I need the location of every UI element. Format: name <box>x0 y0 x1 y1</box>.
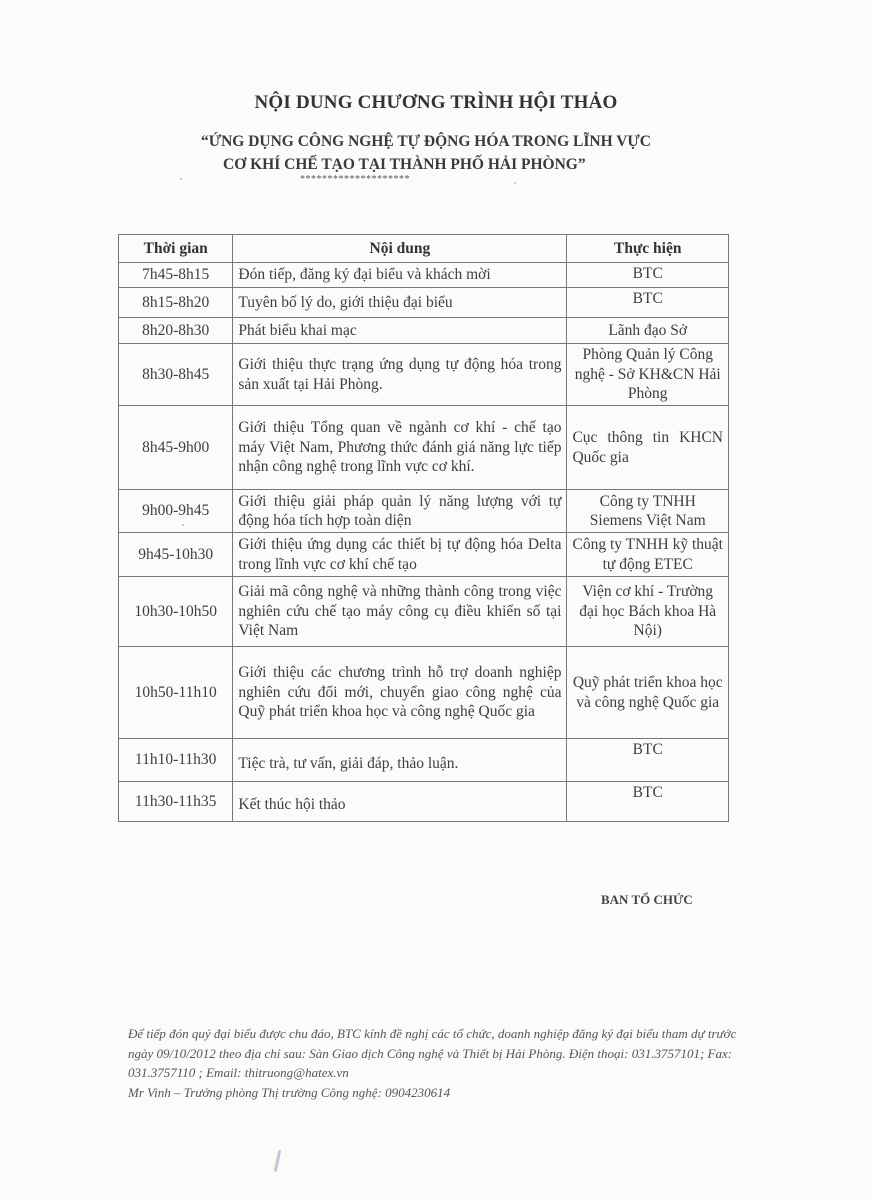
cell-exec: BTC <box>567 739 729 782</box>
separator-stars: ******************** <box>300 174 410 185</box>
header-time: Thời gian <box>119 235 233 263</box>
document-title: NỘI DUNG CHƯƠNG TRÌNH HỘI THẢO <box>0 92 872 114</box>
cell-content: Giới thiệu các chương trình hỗ trợ doanh… <box>233 647 567 739</box>
cell-content: Tuyên bố lý do, giới thiệu đại biểu <box>233 288 567 318</box>
table-row: 10h30-10h50Giải mã công nghệ và những th… <box>119 577 729 647</box>
cell-time: 8h45-9h00 <box>119 406 233 490</box>
note-contact: Mr Vinh – Trưởng phòng Thị trường Công n… <box>128 1085 450 1100</box>
pen-mark <box>274 1150 282 1172</box>
cell-time: 8h30-8h45 <box>119 344 233 406</box>
cell-time: 11h10-11h30 <box>119 739 233 782</box>
subtitle-line-1: “ỨNG DỤNG CÔNG NGHỆ TỰ ĐỘNG HÓA TRONG LĨ… <box>195 130 735 153</box>
header-content: Nội dung <box>233 235 567 263</box>
document-subtitle: “ỨNG DỤNG CÔNG NGHỆ TỰ ĐỘNG HÓA TRONG LĨ… <box>195 130 735 176</box>
cell-exec: Lãnh đạo Sở <box>567 318 729 344</box>
cell-content: Tiệc trà, tư vấn, giải đáp, thảo luận. <box>233 739 567 782</box>
cell-content: Phát biểu khai mạc <box>233 318 567 344</box>
table-row: 11h10-11h30Tiệc trà, tư vấn, giải đáp, t… <box>119 739 729 782</box>
table-row: 9h45-10h30Giới thiệu ứng dụng các thiết … <box>119 533 729 577</box>
cell-time: 8h15-8h20 <box>119 288 233 318</box>
cell-time: 10h50-11h10 <box>119 647 233 739</box>
cell-time: 11h30-11h35 <box>119 782 233 822</box>
cell-content: Giới thiệu ứng dụng các thiết bị tự động… <box>233 533 567 577</box>
cell-exec: Công ty TNHH Siemens Việt Nam <box>567 490 729 533</box>
table-header-row: Thời gian Nội dung Thực hiện <box>119 235 729 263</box>
cell-content: Giới thiệu Tổng quan về ngành cơ khí - c… <box>233 406 567 490</box>
signature-organizer: BAN TỔ CHỨC <box>601 892 693 908</box>
cell-exec: Phòng Quản lý Công nghệ - Sở KH&CN Hải P… <box>567 344 729 406</box>
table-row: 8h30-8h45Giới thiệu thực trạng ứng dụng … <box>119 344 729 406</box>
note-text: Để tiếp đón quý đại biểu được chu đáo, B… <box>128 1026 736 1080</box>
speck <box>514 182 516 184</box>
table-row: 8h45-9h00Giới thiệu Tổng quan về ngành c… <box>119 406 729 490</box>
cell-exec: Công ty TNHH kỹ thuật tự động ETEC <box>567 533 729 577</box>
cell-content: Kết thúc hội thảo <box>233 782 567 822</box>
speck <box>182 524 184 526</box>
schedule-table: Thời gian Nội dung Thực hiện 7h45-8h15Đó… <box>118 234 729 822</box>
table-row: 8h15-8h20Tuyên bố lý do, giới thiệu đại … <box>119 288 729 318</box>
cell-time: 10h30-10h50 <box>119 577 233 647</box>
table-row: 11h30-11h35Kết thúc hội thảoBTC <box>119 782 729 822</box>
table-row: 9h00-9h45Giới thiệu giải pháp quản lý nă… <box>119 490 729 533</box>
cell-exec: Cục thông tin KHCN Quốc gia <box>567 406 729 490</box>
cell-time: 7h45-8h15 <box>119 263 233 288</box>
cell-time: 9h45-10h30 <box>119 533 233 577</box>
cell-exec: Quỹ phát triển khoa học và công nghệ Quố… <box>567 647 729 739</box>
speck <box>180 178 182 180</box>
cell-exec: BTC <box>567 288 729 318</box>
cell-time: 8h20-8h30 <box>119 318 233 344</box>
cell-time: 9h00-9h45 <box>119 490 233 533</box>
table-row: 8h20-8h30Phát biểu khai mạcLãnh đạo Sở <box>119 318 729 344</box>
table-row: 7h45-8h15Đón tiếp, đăng ký đại biểu và k… <box>119 263 729 288</box>
cell-content: Đón tiếp, đăng ký đại biểu và khách mời <box>233 263 567 288</box>
subtitle-line-2: CƠ KHÍ CHẾ TẠO TẠI THÀNH PHỐ HẢI PHÒNG” <box>195 153 735 176</box>
cell-exec: BTC <box>567 263 729 288</box>
cell-exec: BTC <box>567 782 729 822</box>
cell-content: Giới thiệu thực trạng ứng dụng tự động h… <box>233 344 567 406</box>
registration-note: Để tiếp đón quý đại biểu được chu đáo, B… <box>128 1024 758 1102</box>
cell-exec: Viện cơ khí - Trường đại học Bách khoa H… <box>567 577 729 647</box>
table-row: 10h50-11h10Giới thiệu các chương trình h… <box>119 647 729 739</box>
header-exec: Thực hiện <box>567 235 729 263</box>
cell-content: Giải mã công nghệ và những thành công tr… <box>233 577 567 647</box>
cell-content: Giới thiệu giải pháp quản lý năng lượng … <box>233 490 567 533</box>
